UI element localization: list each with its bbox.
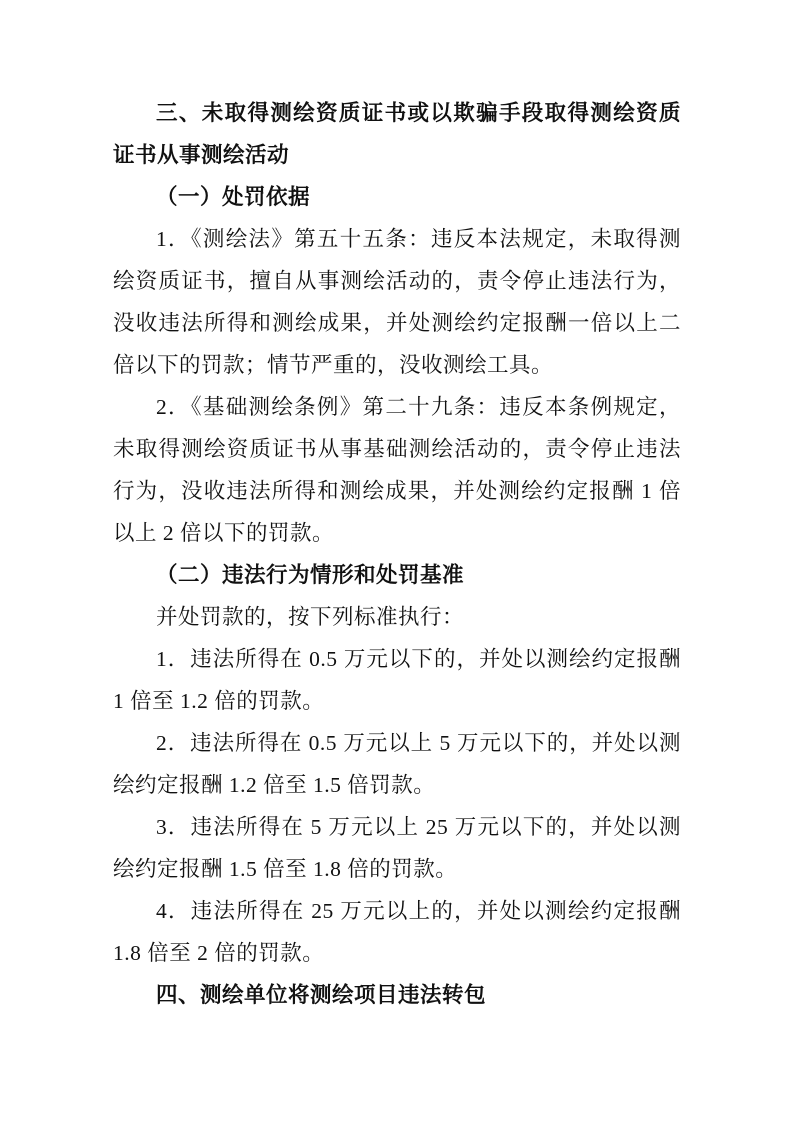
section-heading-3-unlicensed-surveying: 三、未取得测绘资质证书或以欺骗手段取得测绘资质证书从事测绘活动 <box>113 92 681 176</box>
paragraph-fine-tier-2: 2．违法所得在 0.5 万元以上 5 万元以下的，并处以测绘约定报酬 1.2 倍… <box>113 722 681 806</box>
paragraph-basic-surveying-regulation-article-29: 2．《基础测绘条例》第二十九条：违反本条例规定，未取得测绘资质证书从事基础测绘活… <box>113 386 681 554</box>
document-page: 三、未取得测绘资质证书或以欺骗手段取得测绘资质证书从事测绘活动 （一）处罚依据 … <box>0 0 793 1122</box>
paragraph-surveying-law-article-55: 1．《测绘法》第五十五条：违反本法规定，未取得测绘资质证书，擅自从事测绘活动的，… <box>113 218 681 386</box>
section-heading-4-illegal-subcontracting: 四、测绘单位将测绘项目违法转包 <box>113 974 681 1016</box>
paragraph-fine-tier-3: 3．违法所得在 5 万元以上 25 万元以下的，并处以测绘约定报酬 1.5 倍至… <box>113 806 681 890</box>
paragraph-fine-standards-intro: 并处罚款的，按下列标准执行： <box>113 596 681 638</box>
paragraph-fine-tier-4: 4．违法所得在 25 万元以上的，并处以测绘约定报酬 1.8 倍至 2 倍的罚款… <box>113 890 681 974</box>
paragraph-fine-tier-1: 1．违法所得在 0.5 万元以下的，并处以测绘约定报酬 1 倍至 1.2 倍的罚… <box>113 638 681 722</box>
subheading-1-penalty-basis: （一）处罚依据 <box>113 176 681 218</box>
document-body: 三、未取得测绘资质证书或以欺骗手段取得测绘资质证书从事测绘活动 （一）处罚依据 … <box>113 92 681 1016</box>
subheading-2-violation-circumstances-and-penalty-benchmarks: （二）违法行为情形和处罚基准 <box>113 554 681 596</box>
